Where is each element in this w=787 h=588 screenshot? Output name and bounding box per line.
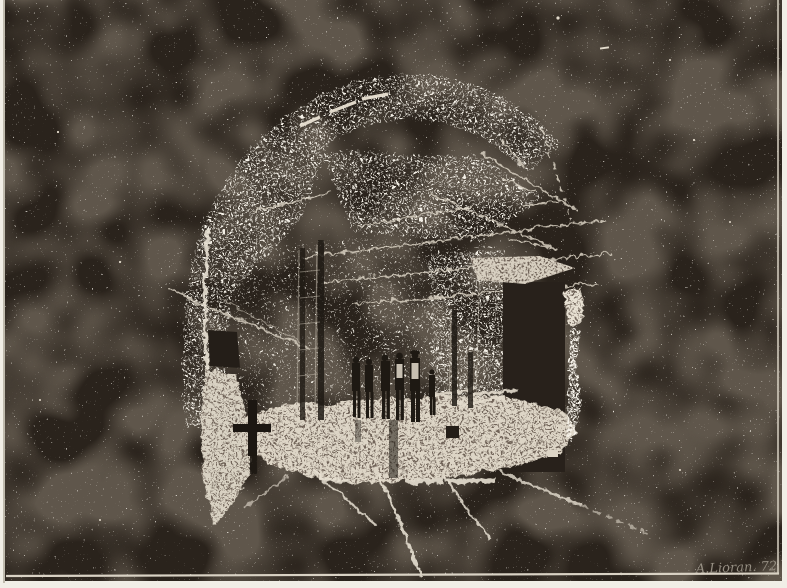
scanned-engraving-page: A.Lioran. 72: [0, 0, 787, 588]
worker-silhouette: [410, 350, 420, 422]
worker-shadow: [389, 420, 398, 478]
left-dark-notch: [208, 330, 240, 368]
engraving-scan: A.Lioran. 72: [0, 0, 787, 588]
texture-behind-workers: [348, 295, 435, 400]
worker-shadow: [355, 420, 361, 442]
rail-sleeper: [403, 479, 441, 481]
rail-sleeper: [445, 478, 494, 480]
scan-edge-line: [3, 0, 5, 583]
floor-bright-block: [548, 450, 558, 457]
floor-dark-block: [446, 426, 459, 438]
